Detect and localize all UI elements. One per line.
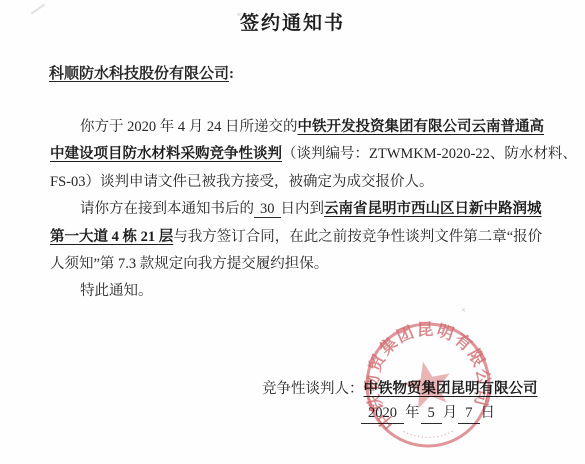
emphasized-project-name-part1: 中铁开发投资集团有限公司云南普通高 — [298, 119, 545, 135]
text-segment: 你方于 2020 年 4 月 24 日所递交的 — [80, 119, 298, 135]
text-segment: FS-03）谈判申请文件已被我方接受，被确定为成交报价人。 — [50, 174, 433, 190]
signature-date-line: 2020年5月7日 — [361, 401, 496, 424]
signature-company-name: 中铁物贸集团昆明有限公司 — [364, 381, 538, 397]
closing-text: 特此通知。 — [80, 283, 153, 299]
date-year-value: 2020 — [361, 404, 404, 424]
emphasized-project-name-part2: 中建设项目防水材料采购竞争性谈判 — [50, 146, 282, 162]
text-segment: 请你方在接到本通知书后的 — [80, 201, 254, 217]
page-title: 签约通知书 — [0, 8, 585, 35]
date-year-unit: 年 — [405, 405, 420, 421]
date-day-unit: 日 — [481, 405, 496, 421]
body-line-4: 请你方在接到本通知书后的30日内到云南省昆明市西山区日新中路润城 — [50, 196, 577, 223]
body-line-5: 第一大道 4 栋 21 层与我方签订合同，在此之前按竞争性谈判文件第二章“报价 — [50, 224, 577, 251]
emphasized-address-part2: 第一大道 4 栋 21 层 — [50, 229, 173, 245]
text-segment: 与我方签订合同，在此之前按竞争性谈判文件第二章“报价 — [173, 229, 542, 245]
body-line-2: 中建设项目防水材料采购竞争性谈判（谈判编号：ZTWMKM-2020-22、防水材… — [50, 141, 577, 168]
days-blank-value: 30 — [254, 201, 281, 218]
date-month-value: 5 — [421, 404, 442, 424]
recipient-colon: : — [229, 66, 234, 82]
scan-artifact-smudge: × — [460, 305, 467, 316]
closing-line: 特此通知。 — [50, 278, 577, 305]
text-segment: 日内到 — [281, 201, 325, 217]
body-text: 你方于 2020 年 4 月 24 日所递交的中铁开发投资集团有限公司云南普通高… — [50, 114, 577, 306]
body-line-6: 人须知”第 7.3 款规定向我方提交履约担保。 — [50, 251, 577, 278]
text-segment: （谈判编号：ZTWMKM-2020-22、防水材料、 — [282, 146, 577, 162]
signature-label: 竞争性谈判人： — [262, 381, 364, 397]
body-line-1: 你方于 2020 年 4 月 24 日所递交的中铁开发投资集团有限公司云南普通高 — [50, 114, 577, 141]
recipient-line: 科顺防水科技股份有限公司: — [49, 62, 234, 83]
emphasized-address-part1: 云南省昆明市西山区日新中路润城 — [324, 201, 542, 217]
scanned-notice-document: × 签约通知书 科顺防水科技股份有限公司: 你方于 2020 年 4 月 24 … — [0, 0, 585, 464]
body-line-3: FS-03）谈判申请文件已被我方接受，被确定为成交报价人。 — [50, 169, 577, 196]
date-day-value: 7 — [458, 404, 479, 424]
recipient-company-name: 科顺防水科技股份有限公司 — [49, 66, 229, 82]
signature-line: 竞争性谈判人：中铁物贸集团昆明有限公司 — [262, 377, 538, 398]
date-month-unit: 月 — [443, 405, 458, 421]
text-segment: 人须知”第 7.3 款规定向我方提交履约担保。 — [50, 256, 328, 272]
